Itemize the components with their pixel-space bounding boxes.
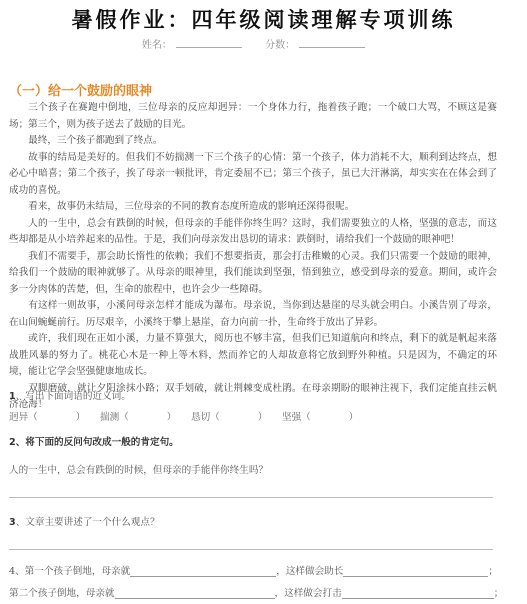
- reading-passage: 三个孩子在赛跑中倒地，三位母亲的反应却迥异：一个身体力行，拖着孩子跑；一个破口大…: [9, 100, 497, 414]
- answer-line-q2[interactable]: [9, 497, 493, 498]
- name-blank[interactable]: [176, 37, 242, 48]
- fill-blank[interactable]: [342, 587, 494, 599]
- section-heading: （一）给一个鼓励的眼神: [9, 80, 152, 99]
- close-paren: ）: [76, 409, 86, 423]
- passage-paragraph: 或许，我们现在正如小溪，力量不算强大，阅历也不够丰富，但我们已知道航向和终点，剩…: [9, 331, 497, 381]
- question-text: 、写出下面词语的近义词。: [16, 391, 131, 402]
- word-label: 坚强（: [282, 409, 311, 423]
- passage-paragraph: 我们不需要手，那会助长惰性的依赖；我们不想要指责，那会打击稚嫩的心灵。我们只需要…: [9, 249, 497, 299]
- question-4-line-1: 4、第一个孩子倒地，母亲就 ，这样做会助长 ；: [9, 563, 498, 577]
- question-text: 、文章主要讲述了一个什么观点？: [16, 517, 160, 528]
- passage-paragraph: 人的一生中，总会有跌倒的时候，但母亲的手能伴你终生吗？这时，我们需要独立的人格，…: [9, 216, 497, 249]
- fill-prefix: 4、第一个孩子倒地，母亲就: [9, 563, 130, 577]
- close-paren: ）: [258, 409, 268, 423]
- worksheet-title: 暑假作业：四年级阅读理解专项训练: [0, 4, 527, 34]
- passage-paragraph: 故事的结局是美好的。但我们不妨揣测一下三个孩子的心情：第一个孩子，体力消耗不大，…: [9, 150, 497, 200]
- close-paren: ）: [167, 409, 177, 423]
- student-info-row: 姓名： 分数：: [0, 36, 527, 51]
- answer-line-q3[interactable]: [9, 549, 493, 550]
- fill-middle: ，这样做会打击: [275, 585, 342, 599]
- score-blank[interactable]: [299, 37, 365, 48]
- synonym-answer-blank[interactable]: [129, 409, 167, 423]
- fill-blank[interactable]: [343, 565, 488, 577]
- question-4-line-2: 第二个孩子倒地，母亲就 ，这样做会打击 ；: [9, 585, 503, 599]
- synonym-answer-blank[interactable]: [311, 409, 349, 423]
- fill-prefix: 第二个孩子倒地，母亲就: [9, 585, 115, 599]
- synonym-answer-blank[interactable]: [220, 409, 258, 423]
- synonym-item: 揣测（）: [100, 409, 191, 423]
- question-2: 2、将下面的反问句改成一般的肯定句。: [9, 434, 179, 448]
- question-text: 、将下面的反问句改成一般的肯定句。: [16, 437, 179, 448]
- synonym-answer-blank[interactable]: [38, 409, 76, 423]
- word-label: 揣测（: [100, 409, 129, 423]
- passage-paragraph: 有这样一则故事，小溪问母亲怎样才能成为瀑布。母亲说，当你到达悬崖的尽头就会明白。…: [9, 298, 497, 331]
- name-label: 姓名：: [142, 40, 172, 51]
- synonym-item: 坚强（）: [282, 409, 373, 423]
- passage-paragraph: 三个孩子在赛跑中倒地，三位母亲的反应却迥异：一个身体力行，拖着孩子跑；一个破口大…: [9, 100, 497, 133]
- question-number: 1: [9, 391, 16, 402]
- question-1: 1、写出下面词语的近义词。: [9, 388, 131, 402]
- synonym-item: 恳切（）: [191, 409, 282, 423]
- question-number: 2: [9, 437, 16, 448]
- fill-blank[interactable]: [115, 587, 275, 599]
- word-label: 迥异（: [9, 409, 38, 423]
- score-label: 分数：: [265, 40, 295, 51]
- passage-paragraph: 最终，三个孩子都跑到了终点。: [9, 133, 497, 150]
- synonym-row: 迥异（） 揣测（） 恳切（） 坚强（）: [9, 409, 373, 423]
- fill-middle: ，这样做会助长: [276, 563, 343, 577]
- question-3: 3、文章主要讲述了一个什么观点？: [9, 514, 160, 528]
- fill-end: ；: [488, 563, 498, 577]
- question-number: 3: [9, 517, 16, 528]
- fill-blank[interactable]: [130, 565, 276, 577]
- synonym-item: 迥异（）: [9, 409, 100, 423]
- word-label: 恳切（: [191, 409, 220, 423]
- close-paren: ）: [349, 409, 359, 423]
- passage-paragraph: 看来，故事仍未结局，三位母亲的不同的教育态度所造成的影响还深得很呢。: [9, 199, 497, 216]
- fill-end: ；: [494, 585, 504, 599]
- question-2-sentence: 人的一生中，总会有跌倒的时候，但母亲的手能伴你终生吗？: [9, 462, 268, 476]
